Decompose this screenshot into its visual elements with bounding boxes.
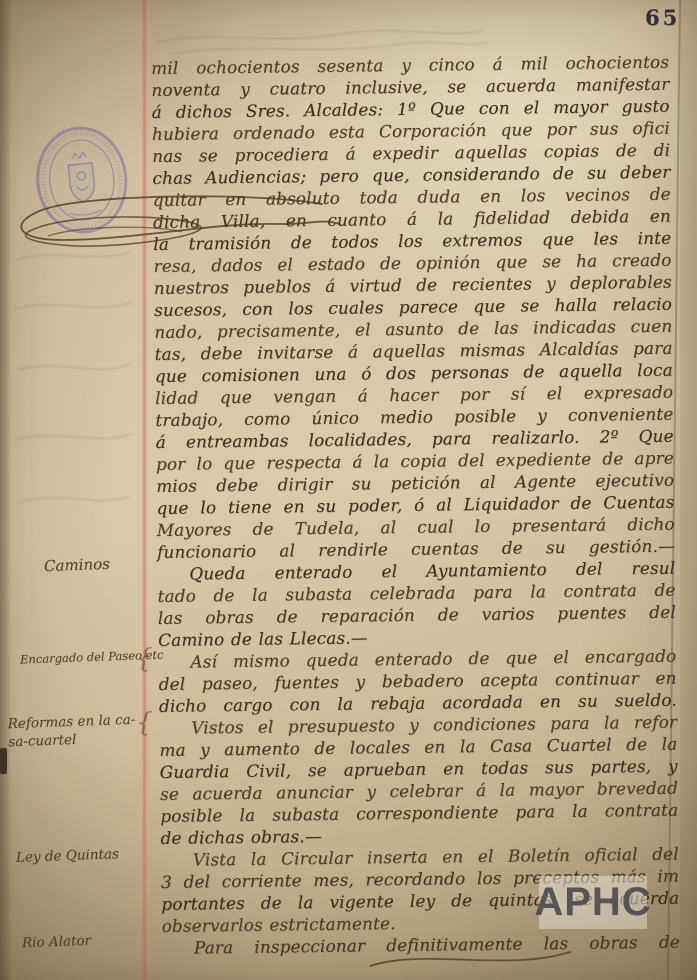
margin-note: Caminos (44, 555, 110, 577)
manuscript-page: 65 mil ochocientos sesenta y cinco á mil… (0, 0, 697, 980)
under-page-shadow (680, 0, 697, 980)
paragraph-brace: { (136, 646, 153, 672)
manuscript-text: mil ochocientos sesenta y cinco á mil oc… (151, 51, 680, 959)
binding-ink-mark (0, 748, 7, 774)
margin-rule-line (142, 0, 147, 980)
margin-note: Ley de Quintas (16, 846, 120, 867)
ink-showthrough-top (150, 12, 490, 56)
ink-showthrough-margin (8, 240, 136, 540)
margin-note: Reformas en la ca- sa-cuartel (7, 712, 136, 752)
paragraph-brace: { (136, 710, 153, 736)
margin-note: Rio Alator (22, 933, 92, 953)
archive-watermark-label: APHC (534, 880, 651, 925)
archive-watermark: APHC (539, 876, 647, 929)
folio-number: 65 (645, 5, 680, 30)
